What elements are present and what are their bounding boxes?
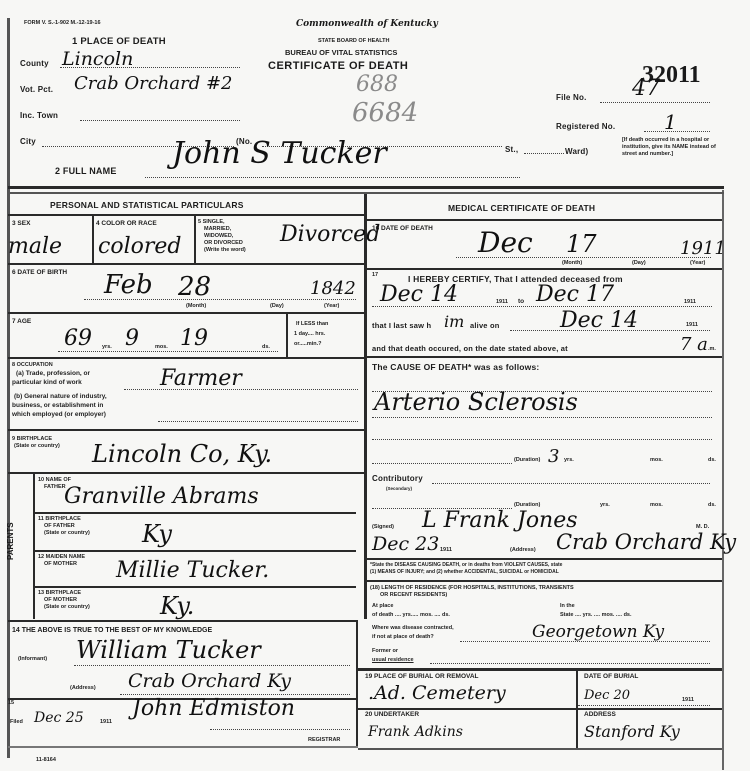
dob-day: 28 xyxy=(178,272,211,302)
footer-code: 11-8164 xyxy=(36,757,56,764)
undertaker-value: Frank Adkins xyxy=(368,724,463,740)
parents-side-label: PARENTS xyxy=(7,522,14,560)
registered-no-value: 1 xyxy=(664,110,677,134)
full-name-value: John S Tucker xyxy=(172,136,387,171)
attended-to: Dec 17 xyxy=(536,282,614,307)
contributory-label: Contributory xyxy=(372,474,423,483)
informant-address-value: Crab Orchard Ky xyxy=(128,670,291,692)
dob-month: Feb xyxy=(104,270,153,300)
age-months: 9 xyxy=(125,326,139,351)
duration-years: 3 xyxy=(548,446,559,467)
mother-birthplace-value: Ky. xyxy=(160,592,194,620)
registrar-signature: John Edmiston xyxy=(132,696,295,721)
informant-value: William Tucker xyxy=(76,636,261,664)
full-name-label: 2 FULL NAME xyxy=(55,166,117,176)
age-label: 7 AGE xyxy=(12,318,31,325)
place-of-death-heading: 1 PLACE OF DEATH xyxy=(72,36,166,47)
right-border xyxy=(722,190,724,770)
occupation-value: Farmer xyxy=(160,366,242,391)
last-saw-pronoun: im xyxy=(444,312,464,331)
marital-label-1: 5 SINGLE, xyxy=(198,219,225,226)
footnote-2: (1) MEANS OF INJURY; and (2) whether ACC… xyxy=(370,569,559,576)
dod-month: Dec xyxy=(478,226,533,259)
inc-town-label: Inc. Town xyxy=(20,111,58,120)
burial-date: Dec 20 xyxy=(584,688,630,703)
personal-heading: PERSONAL AND STATISTICAL PARTICULARS xyxy=(50,200,244,210)
left-border xyxy=(7,18,10,758)
filed-year: 1911 xyxy=(100,719,112,726)
age-days: 19 xyxy=(180,326,208,351)
sex-label: 3 SEX xyxy=(12,220,30,227)
cause-of-death-value: Arterio Sclerosis xyxy=(374,388,578,416)
form-number: FORM V. S.-1-902 M.-12-19-16 xyxy=(24,20,101,27)
registered-no-label: Registered No. xyxy=(556,122,615,131)
age-years: 69 xyxy=(64,326,92,351)
contracted-value: Georgetown Ky xyxy=(532,622,664,642)
dod-year: 1911 xyxy=(680,238,726,259)
dod-label: 16 DATE OF DEATH xyxy=(372,225,433,232)
bureau-heading: BUREAU OF VITAL STATISTICS xyxy=(285,49,397,56)
signed-date: Dec 23 xyxy=(372,533,439,555)
occupation-label: 8 OCCUPATION xyxy=(12,362,53,369)
filed-date: Dec 25 xyxy=(34,710,84,726)
street-label: St., xyxy=(505,145,518,154)
death-certificate: FORM V. S.-1-902 M.-12-19-16 Commonwealt… xyxy=(0,0,750,771)
dob-year: 1842 xyxy=(310,278,356,299)
pencil-note-1: 688 xyxy=(356,72,398,97)
death-time: 7 a xyxy=(680,334,708,355)
file-no-value: 47 xyxy=(632,76,660,101)
filed-label: Filed xyxy=(10,719,23,726)
commonwealth-heading: Commonwealth of Kentucky xyxy=(296,19,438,29)
sex-value: male xyxy=(8,234,62,259)
file-no-label: File No. xyxy=(556,93,587,102)
pencil-note-2: 6684 xyxy=(352,98,418,128)
ward-label: Ward) xyxy=(565,147,588,156)
footnote-1: *State the DISEASE CAUSING DEATH, or in … xyxy=(370,562,562,569)
vot-pct-value: Crab Orchard #2 xyxy=(74,73,233,94)
board-heading: STATE BOARD OF HEALTH xyxy=(318,38,390,45)
center-divider xyxy=(364,194,367,619)
dob-label: 6 DATE OF BIRTH xyxy=(12,269,67,276)
certificate-title: CERTIFICATE OF DEATH xyxy=(268,60,408,72)
hospital-note: [If death occurred in a hospital or inst… xyxy=(622,137,718,158)
attended-from: Dec 14 xyxy=(380,282,458,307)
county-value: Lincoln xyxy=(62,48,133,70)
marital-value: Divorced xyxy=(280,222,380,247)
cause-heading: The CAUSE OF DEATH* was as follows: xyxy=(372,362,539,372)
medical-heading: MEDICAL CERTIFICATE OF DEATH xyxy=(448,203,595,213)
informant-statement: 14 THE ABOVE IS TRUE TO THE BEST OF MY K… xyxy=(12,627,212,634)
undertaker-address-value: Stanford Ky xyxy=(584,722,680,741)
color-value: colored xyxy=(98,234,181,259)
county-label: County xyxy=(20,59,49,68)
header-divider xyxy=(8,186,724,189)
birthplace-value: Lincoln Co, Ky. xyxy=(92,440,272,468)
father-name-value: Granville Abrams xyxy=(64,484,259,509)
father-birthplace-value: Ky xyxy=(142,520,172,548)
dod-day: 17 xyxy=(566,230,597,258)
physician-address-value: Crab Orchard Ky xyxy=(556,530,736,554)
vot-pct-label: Vot. Pct. xyxy=(20,85,53,94)
physician-signature: L Frank Jones xyxy=(422,508,578,533)
last-saw-date: Dec 14 xyxy=(560,308,638,333)
city-label: City xyxy=(20,137,36,146)
mother-name-value: Millie Tucker. xyxy=(116,558,269,583)
color-label: 4 COLOR OR RACE xyxy=(96,220,157,227)
birthplace-label: 9 BIRTHPLACE xyxy=(12,436,52,443)
burial-place-value: .Ad. Cemetery xyxy=(368,682,506,704)
